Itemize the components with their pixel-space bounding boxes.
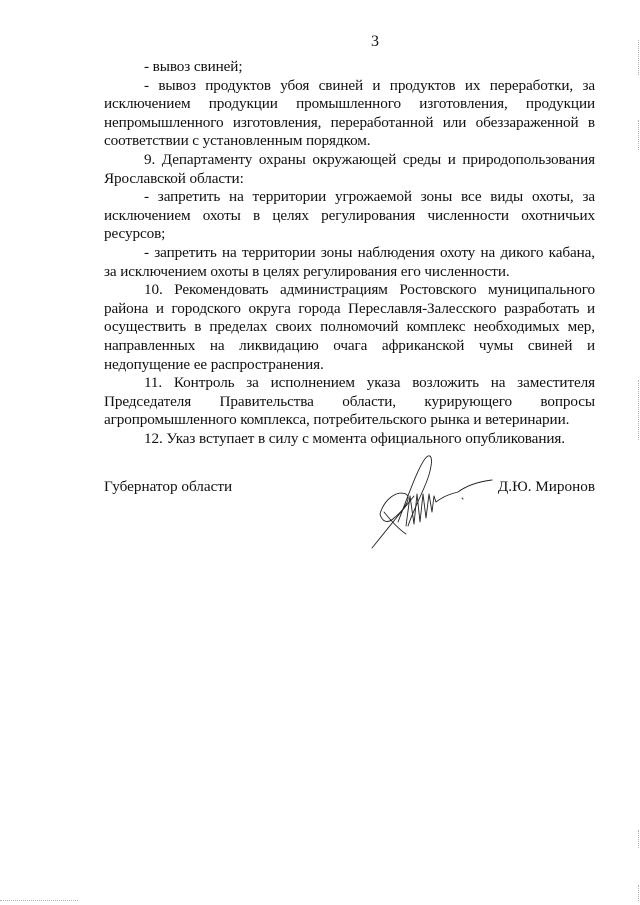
signatory-name: Д.Ю. Миронов — [498, 478, 595, 496]
document-body: - вывоз свиней; - вывоз продуктов убоя с… — [104, 58, 595, 448]
paragraph-item-9-hunting-ban-observation-zone: - запретить на территории зоны наблюдени… — [104, 244, 595, 281]
paragraph-item-10: 10. Рекомендовать администрациям Ростовс… — [104, 281, 595, 374]
signatory-title: Губернатор области — [104, 478, 232, 496]
paragraph-item-9-hunting-ban-threat-zone: - запретить на территории угрожаемой зон… — [104, 188, 595, 244]
paragraph-export-products: - вывоз продуктов убоя свиней и продукто… — [104, 77, 595, 151]
paragraph-item-9: 9. Департаменту охраны окружающей среды … — [104, 151, 595, 188]
paragraph-item-12: 12. Указ вступает в силу с момента офици… — [104, 430, 595, 449]
paragraph-item-11: 11. Контроль за исполнением указа возлож… — [104, 374, 595, 430]
page-number: 3 — [0, 33, 640, 51]
signature-block: Губернатор области Д.Ю. Миронов — [104, 470, 595, 560]
paragraph-export-pigs: - вывоз свиней; — [104, 58, 595, 77]
handwritten-signature-icon — [362, 452, 502, 562]
scan-edge-artifact — [0, 900, 78, 902]
